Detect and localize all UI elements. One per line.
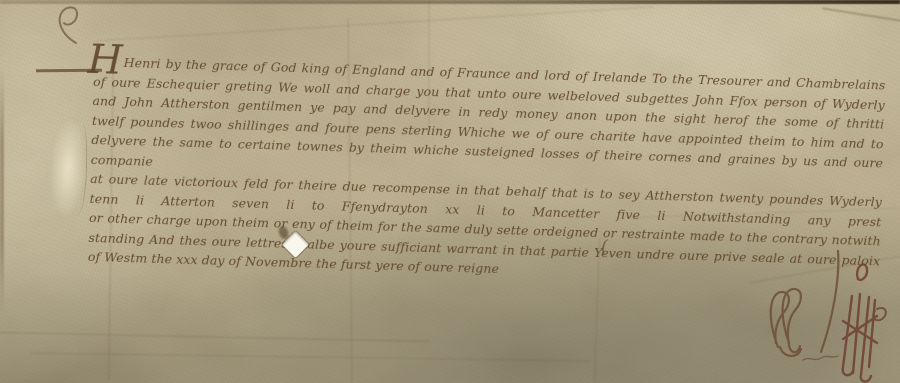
signature-monogram-flourish [758, 246, 900, 383]
parchment-left-edge [0, 68, 4, 313]
pen-flourish-curl [48, 3, 88, 47]
parchment-document: H Henri by the grace of God king of Engl… [0, 0, 900, 383]
parchment-top-edge [0, 0, 900, 4]
stray-pen-mark: ( [601, 237, 608, 257]
